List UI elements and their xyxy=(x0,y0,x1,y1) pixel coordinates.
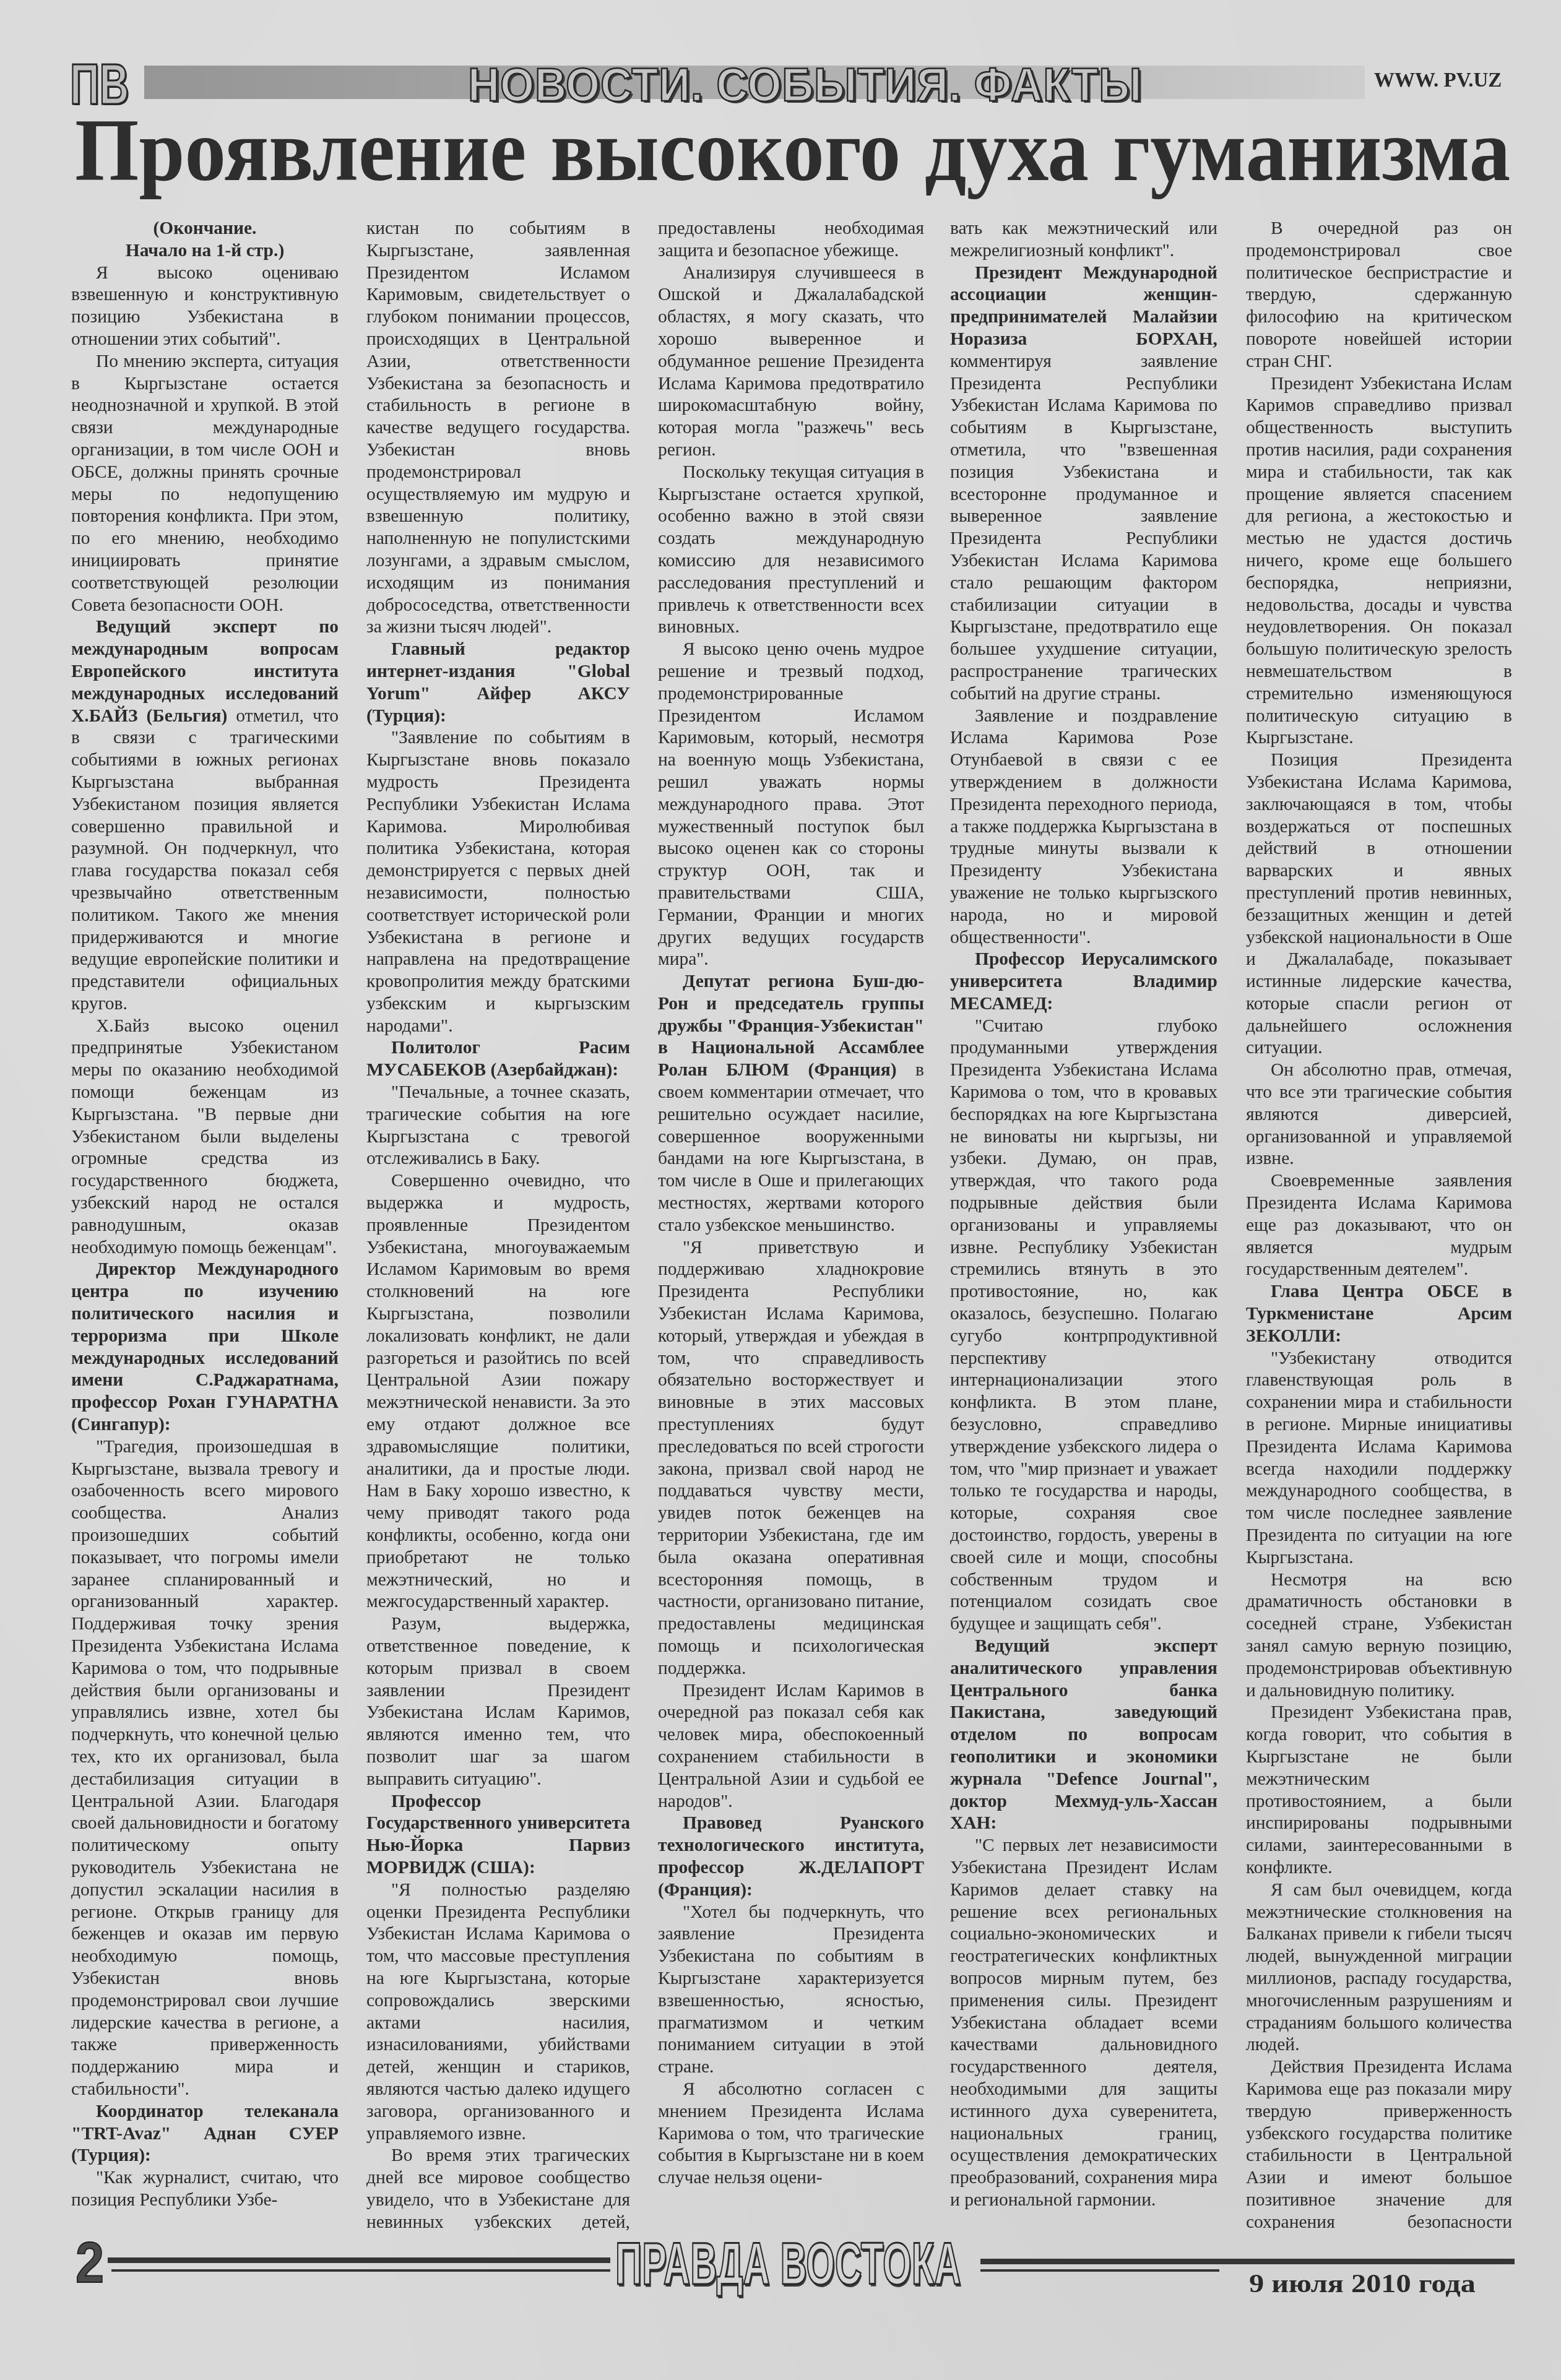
continuation-note-line: Начало на 1-й стр.) xyxy=(71,240,339,262)
speaker-attribution: Депутат региона Буш-дю-Рон и председател… xyxy=(658,972,924,1080)
speaker-attribution: Президент Международной ассоциации женщи… xyxy=(950,263,1217,349)
newspaper-masthead: ПРАВДА ВОСТОКА xyxy=(615,2235,961,2294)
article-paragraph: Я высоко ценю очень мудрое решение и тре… xyxy=(658,639,924,971)
speaker-heading: Правовед Руанского технологического инст… xyxy=(658,1813,924,1901)
article-paragraph: Президент Ислам Каримов в очередной раз … xyxy=(658,1680,924,1813)
quote-paragraph: "С первых лет независимости Узбекистана … xyxy=(950,1835,1217,2212)
continued-paragraph: предоставлены необходимая защита и безоп… xyxy=(658,218,924,262)
paragraph-text: комментируя заявление Президента Республ… xyxy=(950,351,1217,704)
article-paragraph: Депутат региона Буш-дю-Рон и председател… xyxy=(658,971,924,1237)
article-paragraph: Совершенно очевидно, что выдержка и мудр… xyxy=(366,1170,630,1613)
issue-date: 9 июля 2010 года xyxy=(1249,2271,1476,2297)
article-paragraph: Позиция Президента Узбекистана Ислама Ка… xyxy=(1246,749,1512,1059)
article-paragraph: Своевременные заявления Президента Ислам… xyxy=(1246,1170,1512,1281)
quote-paragraph: "Считаю глубоко продуманными утверждения… xyxy=(950,1015,1217,1636)
article-column-3: предоставлены необходимая защита и безоп… xyxy=(658,218,924,2230)
article-paragraph: Я сам был очевидцем, когда межэтнические… xyxy=(1246,1879,1512,2056)
continuation-note: (Окончание. Начало на 1-й стр.) xyxy=(71,218,339,262)
quote-paragraph: "Трагедия, произошедшая в Кыргызстане, в… xyxy=(71,1436,339,2101)
quote-paragraph: "Узбекистану отводится главенствующая ро… xyxy=(1246,1348,1512,1569)
article-paragraph: Я высоко оцениваю взвешенную и конструкт… xyxy=(71,262,339,351)
article-paragraph: Х.Байз высоко оценил предпринятые Узбеки… xyxy=(71,1015,339,1259)
website-address: WWW. PV.UZ xyxy=(1374,71,1502,91)
paragraph-text: отметил, что в связи с трагическими собы… xyxy=(71,706,339,1014)
footer-rule-thin-right xyxy=(980,2269,1219,2272)
continued-paragraph: кистан по событиям в Кыргызстане, заявле… xyxy=(366,218,630,639)
article-paragraph: Президент Международной ассоциации женщи… xyxy=(950,262,1217,705)
quote-paragraph: "Как журналист, считаю, что позиция Респ… xyxy=(71,2167,339,2212)
article-paragraph: Действия Президента Ислама Каримова еще … xyxy=(1246,2056,1512,2230)
quote-paragraph: "Печальные, а точнее сказать, трагически… xyxy=(366,1082,630,1170)
footer-rule-thin-left xyxy=(111,2269,610,2272)
quote-paragraph: "Я приветствую и поддерживаю хладнокрови… xyxy=(658,1237,924,1680)
speaker-heading: Политолог Расим МУСАБЕКОВ (Азербайджан): xyxy=(366,1037,630,1082)
article-paragraph: Я абсолютно согласен с мнением Президент… xyxy=(658,2079,924,2189)
article-paragraph: Поскольку текущая ситуация в Кыргызстане… xyxy=(658,462,924,639)
article-paragraph: Ведущий эксперт по международным вопроса… xyxy=(71,616,339,1015)
article-column-2: кистан по событиям в Кыргызстане, заявле… xyxy=(366,218,630,2230)
article-column-1: (Окончание. Начало на 1-й стр.) Я высоко… xyxy=(71,218,339,2230)
article-paragraph: В очередной раз он продемонстрировал сво… xyxy=(1246,218,1512,373)
footer-rule-thick-left xyxy=(108,2257,610,2263)
footer-rule-thick-right xyxy=(980,2259,1515,2264)
paragraph-text: в своем комментарии отмечает, что решите… xyxy=(658,1060,924,1235)
article-headline: Проявление высокого духа гуманизма xyxy=(75,106,1510,195)
article-column-5: В очередной раз он продемонстрировал сво… xyxy=(1246,218,1512,2230)
speaker-heading: Координатор телеканала "TRT-Avaz" Аднан … xyxy=(71,2101,339,2167)
speaker-heading: Глава Центра ОБСЕ в Туркменистане Арсим … xyxy=(1246,1281,1512,1347)
quote-paragraph: "Я полностью разделяю оценки Президента … xyxy=(366,1879,630,2145)
speaker-heading: Главный редактор интернет-издания "Globa… xyxy=(366,639,630,727)
article-paragraph: Заявление и поздравление Ислама Каримова… xyxy=(950,705,1217,949)
article-paragraph: Президент Узбекистана Ислам Каримов спра… xyxy=(1246,373,1512,750)
speaker-heading: Профессор Государственного университета … xyxy=(366,1791,630,1879)
continuation-note-line: (Окончание. xyxy=(71,218,339,240)
speaker-heading: Директор Международного центра по изучен… xyxy=(71,1259,339,1436)
quote-paragraph: "Заявление по событиям в Кыргызстане вно… xyxy=(366,727,630,1037)
article-paragraph: По мнению эксперта, ситуация в Кыргызста… xyxy=(71,351,339,617)
page-number: 2 xyxy=(76,2235,104,2292)
article-column-4: вать как межэтнический или межрелигиозны… xyxy=(950,218,1217,2230)
continued-paragraph: вать как межэтнический или межрелигиозны… xyxy=(950,218,1217,262)
speaker-heading: Ведущий эксперт аналитического управлени… xyxy=(950,1636,1217,1835)
article-paragraph: Несмотря на всю драматичность обстановки… xyxy=(1246,1569,1512,1702)
article-paragraph: Анализируя случившееся в Ошской и Джалал… xyxy=(658,262,924,462)
quote-paragraph: "Хотел бы подчеркнуть, что заявление Пре… xyxy=(658,1902,924,2079)
article-paragraph: Во время этих трагических дней все миров… xyxy=(366,2145,630,2230)
article-paragraph: Президент Узбекистана прав, когда говори… xyxy=(1246,1702,1512,1879)
speaker-heading: Профессор Иерусалимского университета Вл… xyxy=(950,949,1217,1015)
article-paragraph: Он абсолютно прав, отмечая, что все эти … xyxy=(1246,1059,1512,1170)
article-paragraph: Разум, выдержка, ответственное поведение… xyxy=(366,1613,630,1790)
